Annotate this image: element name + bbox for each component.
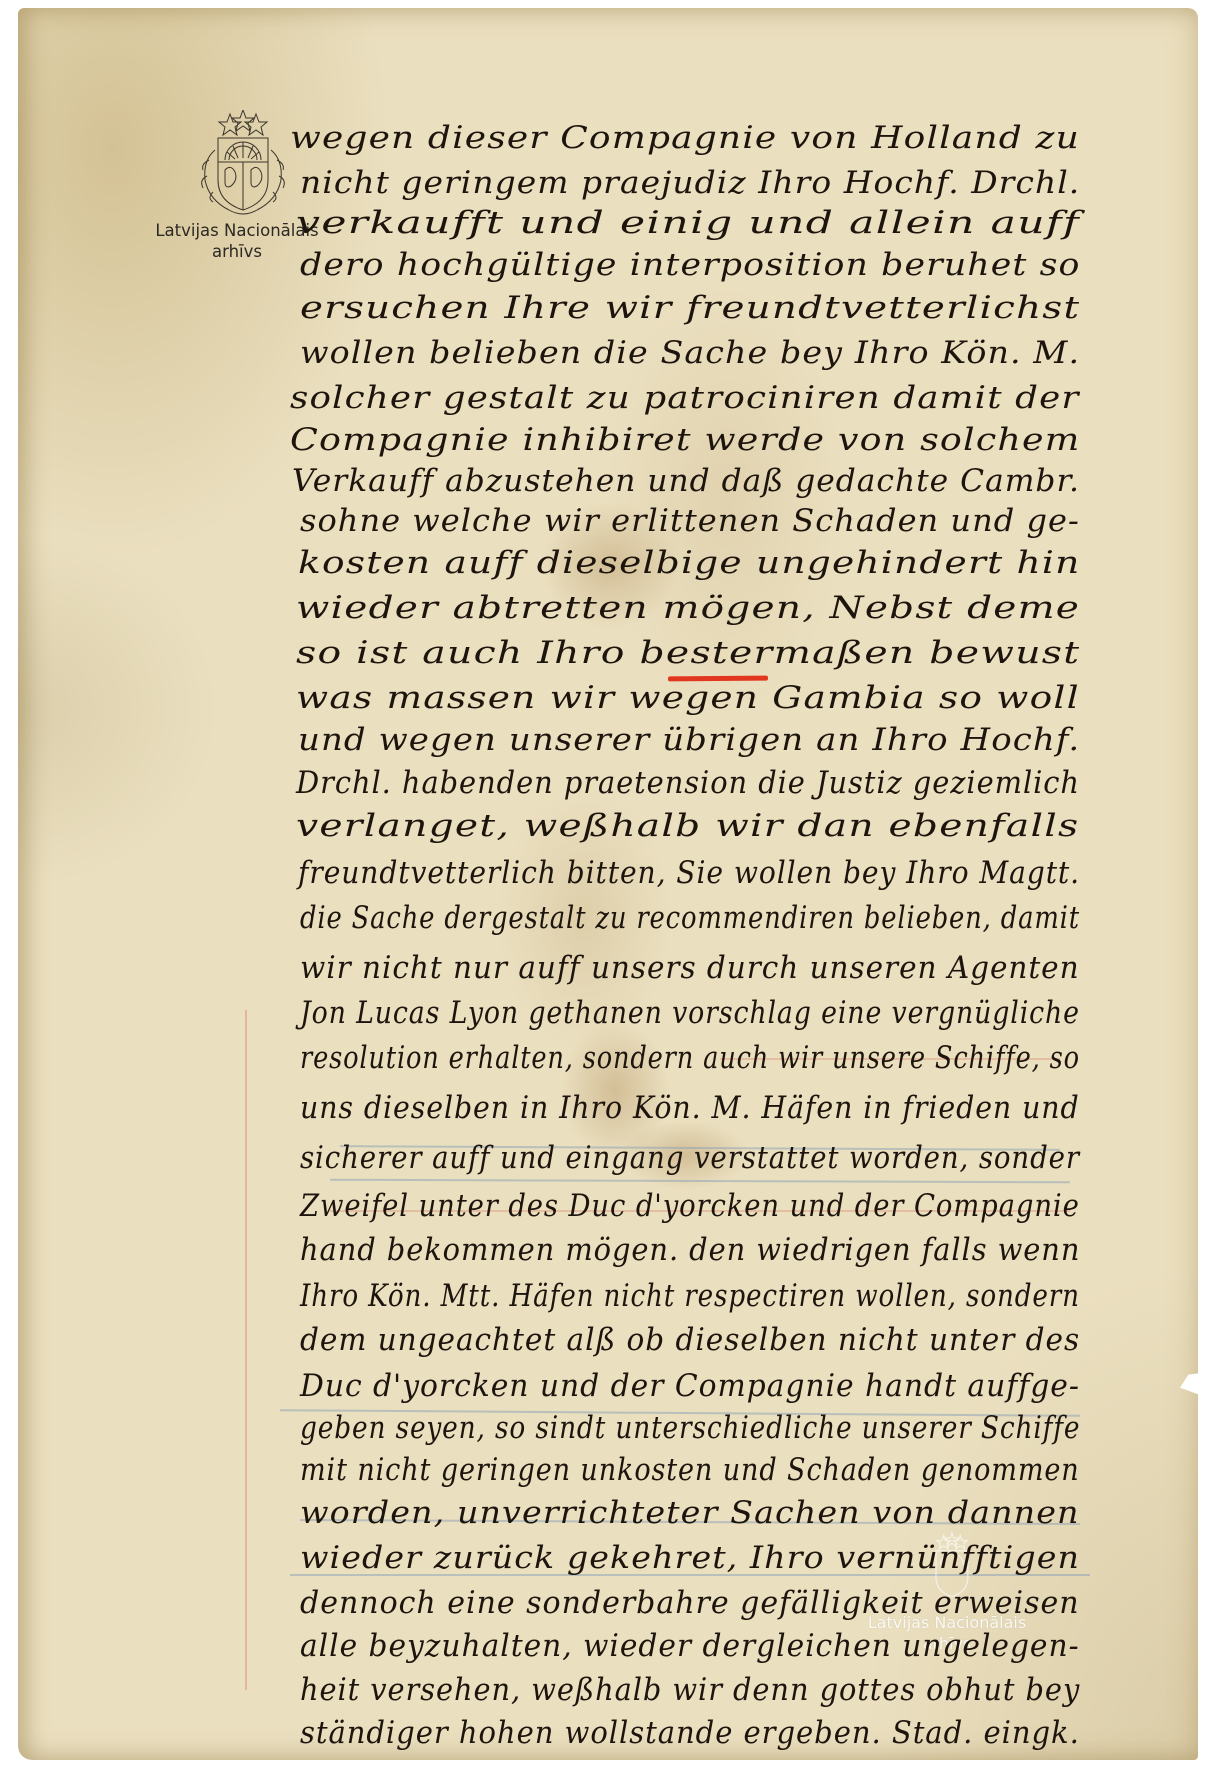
- manuscript-line: verlanget, weßhalb wir dan ebenfalls: [296, 808, 1079, 844]
- manuscript-line: alle beyzuhalten, wieder dergleichen ung…: [300, 1628, 1080, 1664]
- manuscript-line: Jon Lucas Lyon gethanen vorschlag eine v…: [300, 995, 1080, 1031]
- manuscript-line: sicherer auff und eingang verstattet wor…: [300, 1140, 1080, 1176]
- manuscript-line: freundtvetterlich bitten, Sie wollen bey…: [298, 855, 1080, 891]
- manuscript-text: wegen dieser Compagnie von Holland zu ni…: [0, 0, 1208, 1769]
- manuscript-line: kosten auff dieselbige ungehindert hin: [298, 545, 1081, 581]
- manuscript-line: Verkauff abzustehen und daß gedachte Cam…: [292, 463, 1080, 499]
- manuscript-line: worden, unverrichteter Sachen von dannen: [300, 1495, 1080, 1531]
- manuscript-line: Drchl. habenden praetension die Justiz g…: [296, 765, 1080, 801]
- manuscript-line: was massen wir wegen Gambia so woll: [296, 680, 1080, 716]
- manuscript-line: wegen dieser Compagnie von Holland zu: [290, 120, 1080, 156]
- manuscript-line: dem ungeachtet alß ob dieselben nicht un…: [300, 1322, 1080, 1358]
- manuscript-line: sohne welche wir erlittenen Schaden und …: [300, 503, 1080, 539]
- manuscript-line: uns dieselben in Ihro Kön. M. Häfen in f…: [300, 1090, 1080, 1126]
- manuscript-line: und wegen unserer übrigen an Ihro Hochf.: [298, 722, 1080, 758]
- manuscript-line: nicht geringem praejudiz Ihro Hochf. Drc…: [300, 165, 1080, 201]
- manuscript-line: hand bekommen mögen. den wiedrigen falls…: [300, 1232, 1080, 1268]
- manuscript-line: solcher gestalt zu patrociniren damit de…: [290, 380, 1080, 416]
- manuscript-line: wir nicht nur auff unsers durch unseren …: [300, 950, 1080, 986]
- manuscript-line: so ist auch Ihro bestermaßen bewust: [296, 635, 1080, 671]
- manuscript-line: dero hochgültige interposition beruhet s…: [300, 247, 1081, 283]
- manuscript-line: resolution erhalten, sondern auch wir un…: [300, 1040, 1080, 1076]
- manuscript-line: mit nicht geringen unkosten und Schaden …: [300, 1452, 1080, 1488]
- manuscript-line: die Sache dergestalt zu recommendiren be…: [300, 900, 1080, 936]
- manuscript-line: ständiger hohen wollstande ergeben. Stad…: [300, 1715, 1080, 1751]
- manuscript-line: Ihro Kön. Mtt. Häfen nicht respectiren w…: [300, 1278, 1080, 1314]
- manuscript-line: wieder abtretten mögen, Nebst deme: [296, 590, 1080, 626]
- manuscript-line: dennoch eine sonderbahre gefälligkeit er…: [300, 1585, 1080, 1621]
- gambia-red-underline: [668, 676, 768, 682]
- manuscript-line: Zweifel unter des Duc d'yorcken und der …: [300, 1188, 1080, 1224]
- manuscript-line: Duc d'yorcken und der Compagnie handt au…: [300, 1368, 1080, 1404]
- manuscript-line: geben seyen, so sindt unterschiedliche u…: [300, 1410, 1080, 1446]
- manuscript-line: wieder zurück gekehret, Ihro vernünfftig…: [300, 1540, 1080, 1576]
- manuscript-line: wollen belieben die Sache bey Ihro Kön. …: [300, 335, 1080, 371]
- manuscript-line: verkaufft und einig und allein auff: [296, 205, 1080, 241]
- manuscript-line: ersuchen Ihre wir freundtvetterlichst: [300, 290, 1080, 326]
- manuscript-line: heit versehen, weßhalb wir denn gottes o…: [300, 1672, 1080, 1708]
- manuscript-line: Compagnie inhibiret werde von solchem: [290, 422, 1080, 458]
